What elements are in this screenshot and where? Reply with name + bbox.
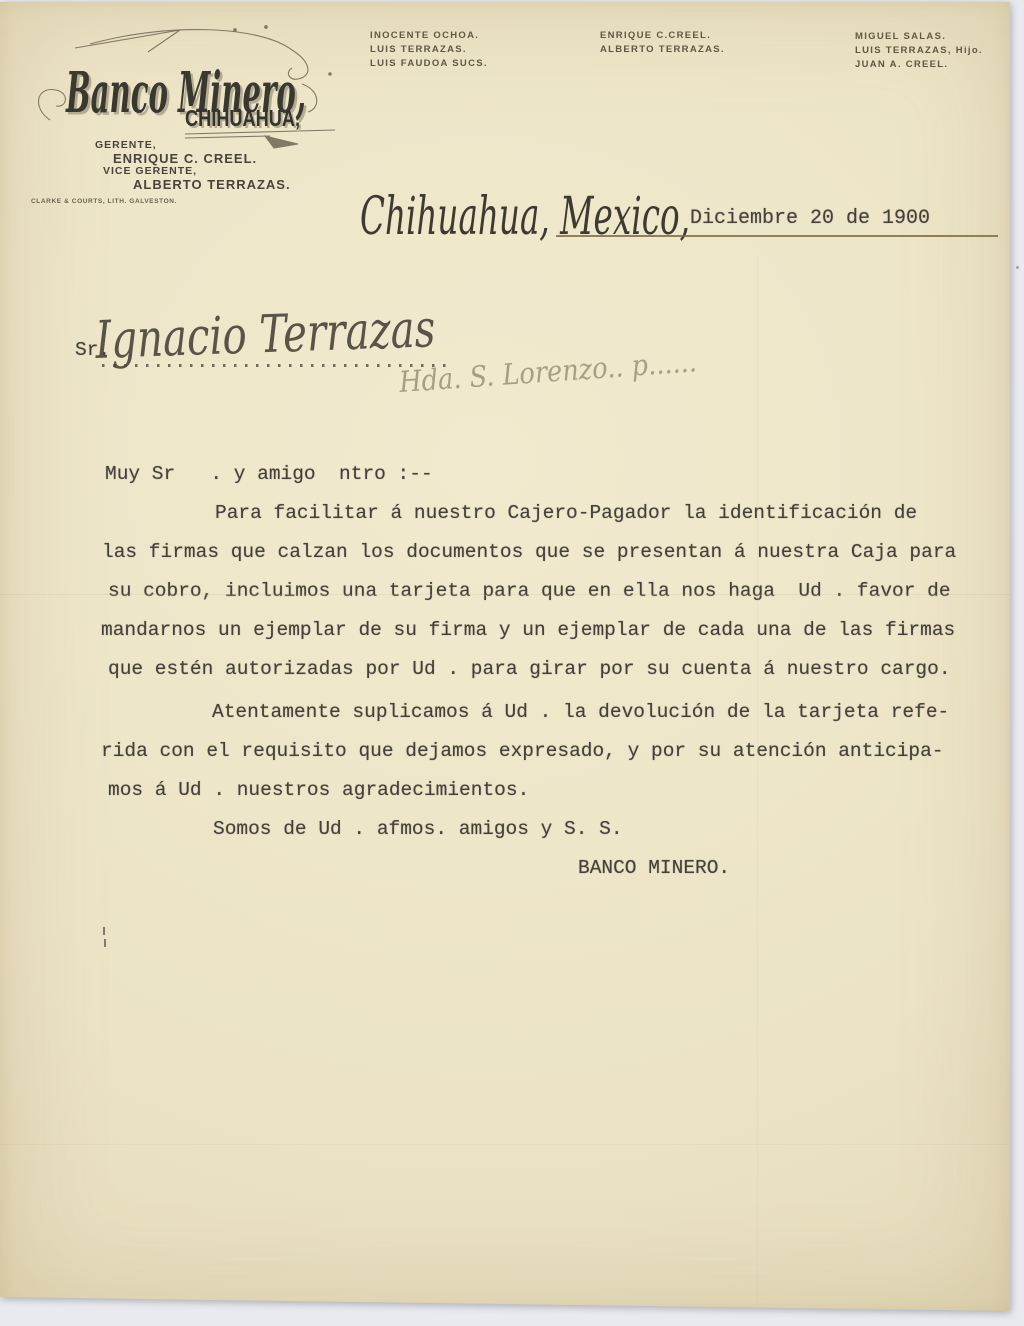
board-name: ENRIQUE C.CREEL. (600, 29, 725, 43)
recipient-address-pencil: Hda. S. Lorenzo.. p...... (392, 352, 722, 414)
board-column-1: INOCENTE OCHOA. LUIS TERRAZAS. LUIS FAUD… (370, 29, 488, 71)
date-rule (556, 235, 998, 237)
paper-shadow-wrap: Banco Minero, Banco Minero, CHIHUAHUA, C… (0, 0, 1024, 1326)
body-line: Atentamente suplicamos á Ud . la devoluc… (212, 701, 949, 724)
body-line: las firmas que calzan los documentos que… (102, 541, 956, 564)
recipient-address-text: Hda. S. Lorenzo.. p...... (397, 352, 698, 399)
logo-city: CHIHUAHUA, (185, 105, 300, 131)
board-name: JUAN A. CREEL. (855, 58, 983, 72)
board-name: LUIS FAUDOA SUCS. (370, 57, 488, 71)
officer-title-gerente: GERENTE, (95, 139, 157, 151)
dateline-place-text: Chihuahua, Mexico, (360, 187, 690, 247)
fold-crease-horizontal (0, 594, 1010, 596)
salutation-line: Muy Sr . y amigo ntro :-- (105, 463, 433, 486)
body-line: Para facilitar á nuestro Cajero-Pagador … (215, 502, 917, 525)
body-line: mos á Ud . nuestros agradecimientos. (108, 779, 529, 802)
body-line: que estén autorizadas por Ud . para gira… (108, 658, 951, 681)
board-name: LUIS TERRAZAS. (370, 43, 488, 57)
fold-crease-horizontal-lower (0, 1144, 1010, 1146)
letter-paper: Banco Minero, Banco Minero, CHIHUAHUA, C… (0, 2, 1010, 1314)
board-name: INOCENTE OCHOA. (370, 29, 488, 43)
board-name: MIGUEL SALAS. (855, 30, 983, 44)
signature-line: BANCO MINERO. (578, 857, 730, 880)
printer-credit: CLARKE & COURTS, LITH. GALVESTON. (31, 198, 177, 205)
scanned-letter: Banco Minero, Banco Minero, CHIHUAHUA, C… (0, 0, 1024, 1326)
officer-name-terrazas: ALBERTO TERRAZAS. (133, 177, 291, 192)
officer-title-vice-gerente: VICE GERENTE, (103, 165, 197, 177)
body-line: rida con el requisito que dejamos expres… (101, 740, 944, 763)
logo-city-group: CHIHUAHUA, CHIHUAHUA, (185, 105, 302, 133)
ink-mark (104, 939, 106, 947)
board-column-3: MIGUEL SALAS. LUIS TERRAZAS, Hijo. JUAN … (855, 30, 983, 72)
body-line: su cobro, incluimos una tarjeta para que… (108, 580, 951, 603)
closing-line: Somos de Ud . afmos. amigos y S. S. (213, 818, 623, 841)
recipient-name-text: Ignacio Terrazas (94, 299, 437, 371)
officer-name-creel: ENRIQUE C. CREEL. (113, 151, 257, 166)
body-line: mandarnos un ejemplar de su firma y un e… (101, 619, 955, 642)
board-name: ALBERTO TERRAZAS. (600, 43, 725, 57)
scan-speck (1016, 266, 1019, 269)
dateline-place-script: Chihuahua, Mexico, (354, 178, 704, 256)
board-column-2: ENRIQUE C.CREEL. ALBERTO TERRAZAS. (600, 29, 725, 57)
typed-date: Diciembre 20 de 1900 (690, 207, 930, 231)
fold-crease-vertical (757, 257, 759, 1307)
ink-mark (103, 927, 105, 935)
board-name: LUIS TERRAZAS, Hijo. (855, 44, 983, 58)
